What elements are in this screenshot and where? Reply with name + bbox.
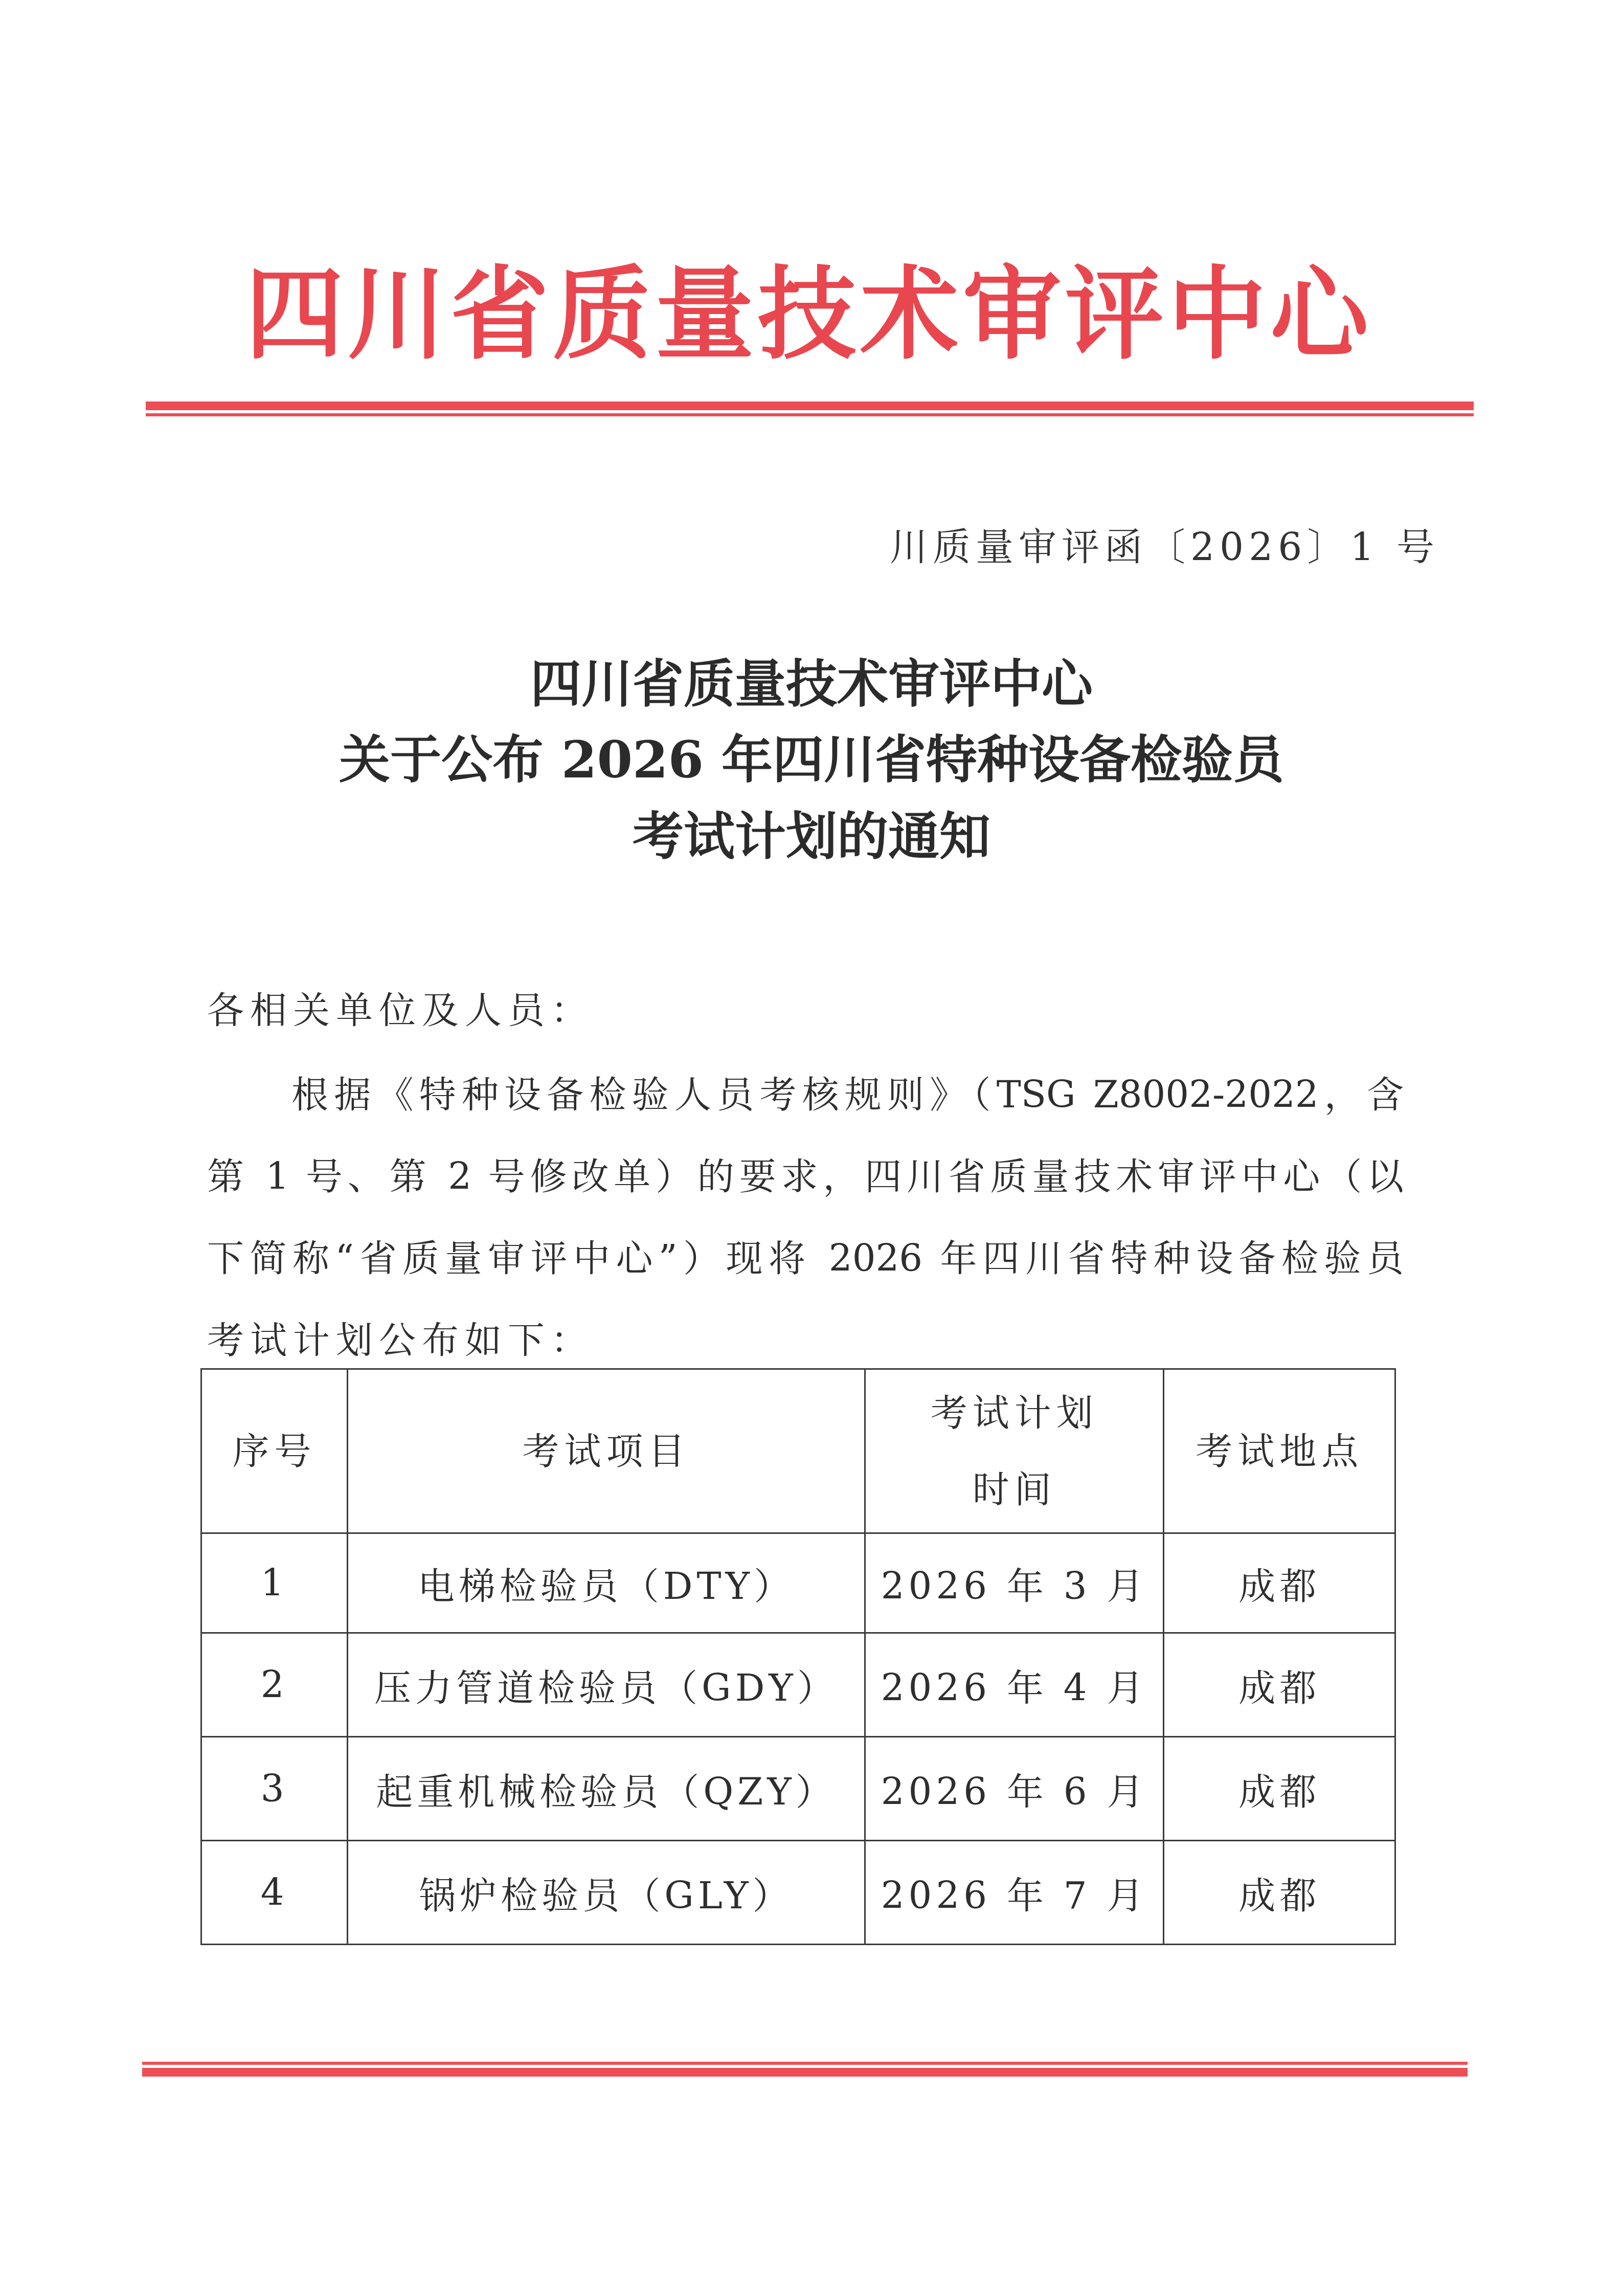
letterhead-char: 术 <box>860 258 958 371</box>
body-paragraph-line: 下简称“省质量审评中心”）现将 2026 年四川省特种设备检验员 <box>207 1217 1404 1299</box>
footer-rule-thin <box>142 2062 1468 2065</box>
table-header-row: 序号 考试项目 考试计划 时间 考试地点 <box>201 1369 1395 1533</box>
table-row: 2 压力管道检验员（GDY） 2026 年 4 月 成都 <box>201 1633 1395 1737</box>
header-exam-location: 考试地点 <box>1164 1369 1395 1533</box>
notice-title-line-1: 四川省质量技术审评中心 <box>153 645 1470 722</box>
header-seq: 序号 <box>201 1369 348 1533</box>
header-exam-item: 考试项目 <box>348 1369 865 1533</box>
cell-exam-location: 成都 <box>1164 1737 1395 1841</box>
cell-exam-item: 压力管道检验员（GDY） <box>348 1633 865 1737</box>
header-rule-thick <box>146 402 1474 410</box>
table-row: 4 锅炉检验员（GLY） 2026 年 7 月 成都 <box>201 1841 1395 1945</box>
cell-exam-item: 起重机械检验员（QZY） <box>348 1737 865 1841</box>
letterhead-char: 质 <box>553 258 651 371</box>
cell-seq: 2 <box>201 1633 348 1737</box>
footer-rule-thick <box>142 2068 1468 2077</box>
letterhead-char: 审 <box>963 258 1061 371</box>
document-number: 川质量审评函〔2026〕1 号 <box>890 519 1404 575</box>
body-paragraph-line: 根据《特种设备检验人员考核规则》（TSG Z8002-2022，含 <box>291 1054 1404 1135</box>
letterhead-char: 省 <box>450 258 549 371</box>
cell-exam-location: 成都 <box>1164 1633 1395 1737</box>
cell-seq: 4 <box>201 1841 348 1945</box>
cell-exam-location: 成都 <box>1164 1533 1395 1633</box>
cell-seq: 3 <box>201 1737 348 1841</box>
letterhead-char: 技 <box>758 258 856 371</box>
cell-exam-item: 电梯检验员（DTY） <box>348 1533 865 1633</box>
table-row: 3 起重机械检验员（QZY） 2026 年 6 月 成都 <box>201 1737 1395 1841</box>
cell-seq: 1 <box>201 1533 348 1633</box>
letterhead-char: 量 <box>656 258 754 371</box>
notice-title-line-2: 关于公布 2026 年四川省特种设备检验员 <box>153 721 1470 798</box>
notice-title-line-3: 考试计划的通知 <box>153 798 1470 875</box>
cell-exam-location: 成都 <box>1164 1841 1395 1945</box>
letterhead-org-name: 四 川 省 质 量 技 术 审 评 中 心 <box>244 258 1369 371</box>
salutation: 各相关单位及人员： <box>207 969 1404 1051</box>
header-exam-time: 考试计划 时间 <box>865 1369 1164 1533</box>
table-row: 1 电梯检验员（DTY） 2026 年 3 月 成都 <box>201 1533 1395 1633</box>
letterhead-char: 四 <box>245 258 344 371</box>
cell-exam-time: 2026 年 6 月 <box>865 1737 1164 1841</box>
cell-exam-item: 锅炉检验员（GLY） <box>348 1841 865 1945</box>
header-rule-thin <box>146 413 1474 416</box>
letterhead-char: 中 <box>1167 258 1266 371</box>
body-paragraph-line: 第 1 号、第 2 号修改单）的要求，四川省质量技术审评中心（以 <box>207 1135 1404 1217</box>
letterhead-char: 心 <box>1270 258 1368 371</box>
cell-exam-time: 2026 年 7 月 <box>865 1841 1164 1945</box>
cell-exam-time: 2026 年 3 月 <box>865 1533 1164 1633</box>
exam-schedule-table: 序号 考试项目 考试计划 时间 考试地点 1 电梯检验员（DTY） 2026 年… <box>200 1368 1396 1945</box>
header-exam-time-line-2: 时间 <box>866 1451 1163 1528</box>
letterhead-char: 川 <box>348 258 446 371</box>
letterhead-char: 评 <box>1065 258 1163 371</box>
cell-exam-time: 2026 年 4 月 <box>865 1633 1164 1737</box>
header-exam-time-line-1: 考试计划 <box>866 1374 1163 1451</box>
